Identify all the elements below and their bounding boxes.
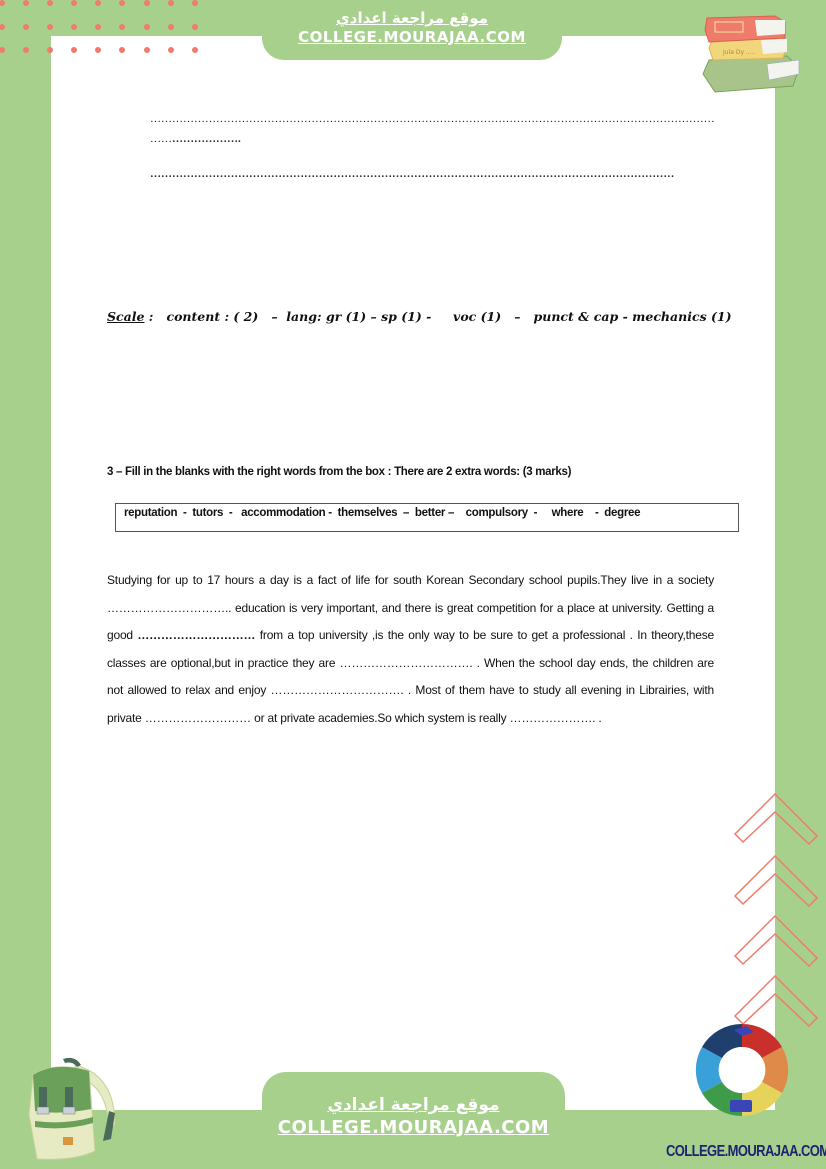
document-content: …………………………………………………………………………………………………………… (0, 0, 826, 1169)
passage-text: Studying for up to 17 hours a day is a f… (107, 573, 714, 587)
word-box: reputation - tutors - accommodation - th… (115, 503, 739, 532)
footer-logo-text[interactable]: COLLEGE.MOURAJAA.COM (666, 1142, 826, 1160)
footer-site-url-link[interactable]: COLLEGE.MOURAJAA.COM (262, 1116, 565, 1140)
scale-label: Scale (107, 309, 144, 324)
exercise-3-instruction: 3 – Fill in the blanks with the right wo… (107, 466, 571, 478)
blank-6[interactable]: …………………. (510, 711, 596, 725)
writing-line-3[interactable]: …………………………………………………………………………………………………………… (150, 168, 675, 180)
chevron-up-decoration-icon (733, 790, 823, 1030)
writing-line-2[interactable]: ……………………. (150, 133, 241, 145)
scale-criteria: : content : ( 2) – lang: gr (1) – sp (1)… (144, 309, 731, 324)
writing-line-2-end: ………………. (172, 133, 241, 145)
footer-site-name-arabic[interactable]: موقع مراجعة اعدادي (262, 1072, 565, 1116)
marking-scale: Scale : content : ( 2) – lang: gr (1) – … (107, 309, 731, 324)
passage-text: . (595, 711, 601, 725)
writing-line-1[interactable]: …………………………………………………………………………………………………………… (150, 113, 715, 125)
footer-banner: موقع مراجعة اعدادي COLLEGE.MOURAJAA.COM (262, 1072, 565, 1169)
blank-5[interactable]: ……………………… (145, 711, 251, 725)
writing-line-2-start: …… (150, 133, 172, 145)
fill-in-passage: Studying for up to 17 hours a day is a f… (107, 567, 714, 732)
site-logo-wheel-icon[interactable] (694, 1022, 790, 1118)
backpack-icon (15, 1055, 115, 1165)
blank-1[interactable]: ………………………….. (107, 601, 231, 615)
blank-2[interactable]: ………………………… (137, 628, 255, 642)
passage-text: or at private academies.So which system … (251, 711, 510, 725)
blank-3[interactable]: ……………………………. (340, 656, 473, 670)
blank-4[interactable]: ……………………………. (271, 683, 404, 697)
